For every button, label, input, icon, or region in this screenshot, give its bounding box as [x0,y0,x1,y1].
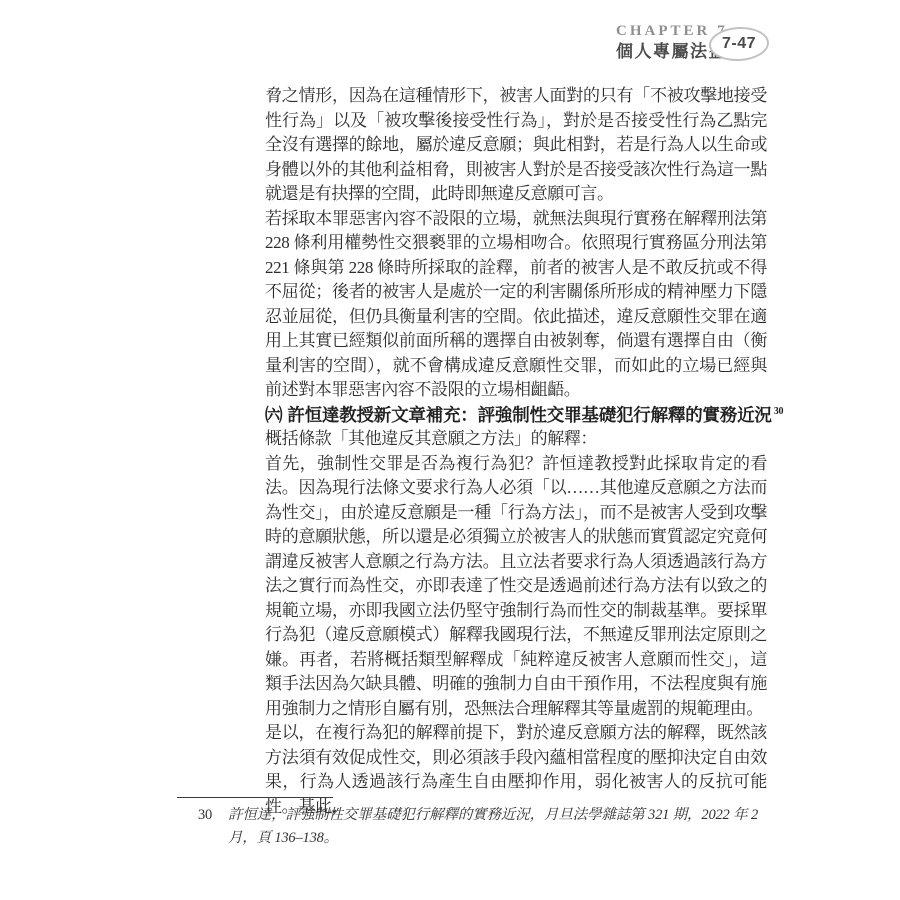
section-intro-line: 概括條款「其他違反其意願之方法」的解釋： [265,427,767,452]
footnote-text: 許恒達，評強制性交罪基礎犯行解釋的實務近況，月旦法學雜誌第 321 期，2022… [228,804,758,850]
section-number-marker: ㈥ [265,405,282,425]
footnote-separator-rule [177,797,333,798]
footnote: 30 許恒達，評強制性交罪基礎犯行解釋的實務近況，月旦法學雜誌第 321 期，2… [198,804,758,850]
body-paragraph-3: 首先，強制性交罪是否為複行為犯？許恒達教授對此採取肯定的看法。因為現行法條文要求… [265,452,767,722]
page-number: 7-47 [722,35,756,53]
section-heading: ㈥許恒達教授新文章補充：評強制性交罪基礎犯行解釋的實務近況30 [265,403,767,428]
book-page: CHAPTER 7 個人專屬法益 7-47 脅之情形，因為在這種情形下，被害人面… [0,0,900,900]
body-paragraph-1: 脅之情形，因為在這種情形下，被害人面對的只有「不被攻擊地接受性行為」以及「被攻擊… [265,84,767,207]
footnote-reference-mark: 30 [774,406,784,417]
footnote-number: 30 [198,804,228,850]
body-paragraph-2: 若採取本罪惡害內容不設限的立場，就無法與現行實務在解釋刑法第 228 條利用權勢… [265,207,767,403]
main-text-block: 脅之情形，因為在這種情形下，被害人面對的只有「不被攻擊地接受性行為」以及「被攻擊… [265,84,767,819]
section-heading-text: 許恒達教授新文章補充：評強制性交罪基礎犯行解釋的實務近況 [287,405,771,425]
